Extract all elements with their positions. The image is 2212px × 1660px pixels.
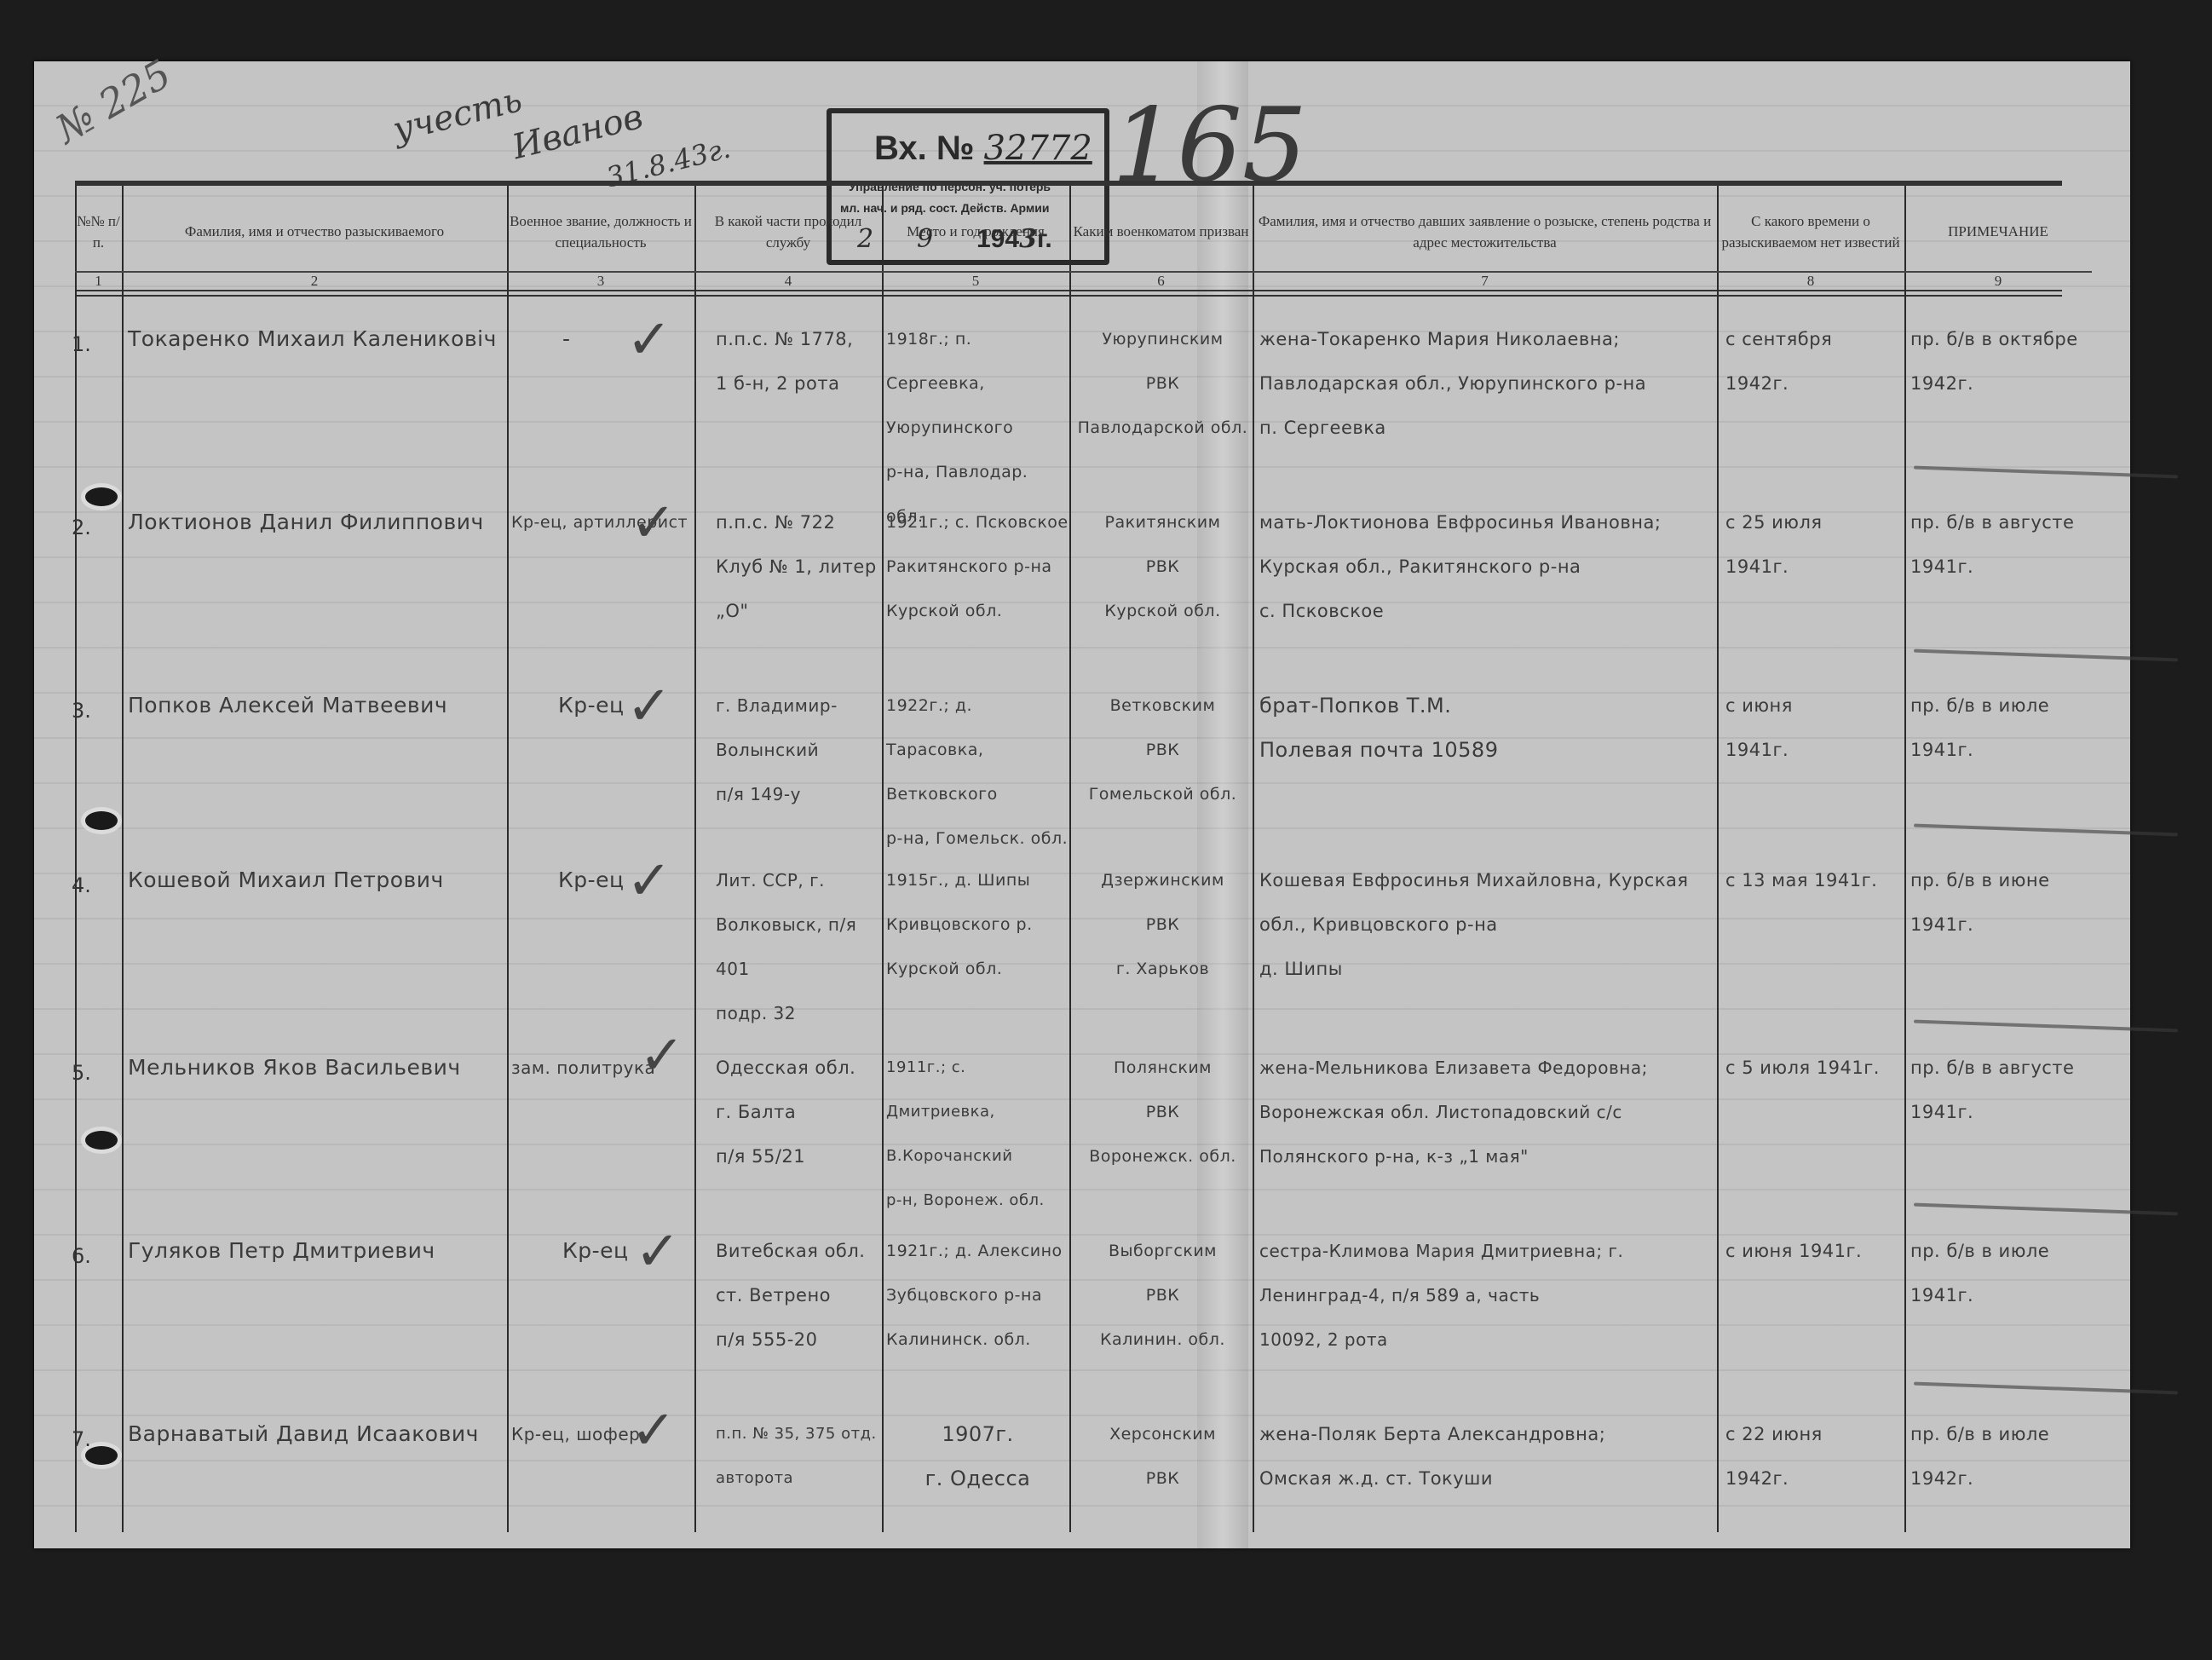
check-mark-icon: ✓ xyxy=(631,492,677,555)
separator-stroke xyxy=(1914,649,2178,662)
check-mark-icon: ✓ xyxy=(626,308,672,372)
cell-since: с 25 июля 1941г. xyxy=(1725,500,1900,589)
cell-applicant: жена-Токаренко Мария Николаевна; Павлода… xyxy=(1259,317,1715,450)
cell-applicant: мать-Локтионова Евфросинья Ивановна; Кур… xyxy=(1259,500,1715,633)
check-mark-icon: ✓ xyxy=(639,1024,685,1087)
column-number: 8 xyxy=(1717,271,1904,293)
cell-name: Токаренко Михаил Калениковіч xyxy=(128,317,503,361)
cell-unit: Витебская обл. ст. Ветрено п/я 555-20 xyxy=(716,1229,882,1362)
cell-name: Гуляков Петр Дмитриевич xyxy=(128,1229,503,1273)
row-number: 3. xyxy=(72,699,91,723)
separator-stroke xyxy=(1914,466,2178,479)
column-divider xyxy=(1069,186,1071,1532)
row-number: 4. xyxy=(72,873,91,897)
cell-since: с июня 1941г. xyxy=(1725,683,1900,772)
cell-birth: 1921г.; д. Алексино Зубцовского р-на Кал… xyxy=(886,1229,1069,1362)
header-col-7: Фамилия, имя и отчество давших заявление… xyxy=(1253,191,1717,273)
header-col-9: ПРИМЕЧАНИЕ xyxy=(1904,191,2092,273)
stamp-prefix: Вх. № xyxy=(874,130,974,167)
header-col-6: Каким военкоматом призван xyxy=(1069,191,1253,273)
row-number: 5. xyxy=(72,1061,91,1085)
cell-birth: 1922г.; д. Тарасовка, Ветковского р-на, … xyxy=(886,683,1069,861)
cell-rvk: Ракитянским РВК Курской обл. xyxy=(1075,500,1250,633)
cell-since: с июня 1941г. xyxy=(1725,1229,1900,1273)
cell-since: с сентября 1942г. xyxy=(1725,317,1900,406)
column-number: 4 xyxy=(694,271,882,293)
column-divider xyxy=(122,186,124,1532)
cell-note: пр. б/в в августе 1941г. xyxy=(1910,1046,2094,1134)
cell-applicant: сестра-Климова Мария Дмитриевна; г. Лени… xyxy=(1259,1229,1715,1362)
cell-rvk: Уюрупинским РВК Павлодарской обл. xyxy=(1075,317,1250,450)
cell-since: с 22 июня 1942г. xyxy=(1725,1412,1900,1501)
cell-name: Попков Алексей Матвеевич xyxy=(128,683,503,728)
annotation-number: № 225 xyxy=(48,50,178,153)
column-number: 7 xyxy=(1253,271,1717,293)
check-mark-icon: ✓ xyxy=(631,1399,677,1462)
cell-birth: 1911г.; с. Дмитриевка, В.Корочанский р-н… xyxy=(886,1046,1069,1223)
cell-birth: 1915г., д. Шипы Кривцовского р. Курской … xyxy=(886,858,1069,991)
cell-note: пр. б/в в августе 1941г. xyxy=(1910,500,2094,589)
check-mark-icon: ✓ xyxy=(635,1220,681,1283)
column-number: 9 xyxy=(1904,271,2092,293)
header-col-3: Военное звание, должность и специальност… xyxy=(507,191,694,273)
cell-birth: 1921г.; с. Псковское Ракитянского р-на К… xyxy=(886,500,1069,633)
punch-hole xyxy=(85,811,118,830)
row-number: 1. xyxy=(72,332,91,356)
column-divider xyxy=(507,186,509,1532)
cell-unit: Лит. ССР, г. Волковыск, п/я 401 подр. 32 xyxy=(716,858,882,1035)
row-number: 7. xyxy=(72,1427,91,1451)
stamp-number: 32772 xyxy=(984,129,1092,168)
cell-unit: п.п.с. № 722 Клуб № 1, литер „О" xyxy=(716,500,882,633)
column-number: 3 xyxy=(507,271,694,293)
cell-note: пр. б/в в июле 1941г. xyxy=(1910,683,2094,772)
column-divider xyxy=(1717,186,1719,1532)
cell-birth: 1907г. г. Одесса xyxy=(886,1412,1069,1501)
column-number: 5 xyxy=(882,271,1069,293)
header-col-5: Место и год рождения xyxy=(882,191,1069,273)
header-col-8: С какого времени о разыскиваемом нет изв… xyxy=(1717,191,1904,273)
separator-stroke xyxy=(1914,824,2178,837)
cell-since: с 5 июля 1941г. xyxy=(1725,1046,1900,1090)
column-divider xyxy=(882,186,884,1532)
cell-rvk: Полянским РВК Воронежск. обл. xyxy=(1075,1046,1250,1179)
table-top-rule xyxy=(75,181,2062,186)
page-number: 165 xyxy=(1112,87,1307,205)
cell-name: Кошевой Михаил Петрович xyxy=(128,858,503,902)
cell-rank: Кр-ец xyxy=(558,858,626,902)
column-divider xyxy=(1253,186,1254,1532)
cell-note: пр. б/в в июле 1941г. xyxy=(1910,1229,2094,1317)
column-divider xyxy=(1904,186,1906,1532)
document-sheet: № 225 учесть Иванов 31.8.43г. Вх. № 3277… xyxy=(34,61,2130,1548)
cell-rvk: Выборгским РВК Калинин. обл. xyxy=(1075,1229,1250,1362)
column-divider xyxy=(694,186,696,1532)
separator-stroke xyxy=(1914,1020,2178,1033)
cell-unit: г. Владимир-Волынский п/я 149-у xyxy=(716,683,882,816)
header-col-2: Фамилия, имя и отчество разыскиваемого xyxy=(122,191,507,273)
cell-note: пр. б/в в октябре 1942г. xyxy=(1910,317,2094,406)
check-mark-icon: ✓ xyxy=(626,850,672,913)
header-col-1: №№ п/п. xyxy=(75,191,122,273)
row-number: 6. xyxy=(72,1244,91,1268)
check-mark-icon: ✓ xyxy=(626,675,672,738)
separator-stroke xyxy=(1914,1382,2178,1395)
column-divider xyxy=(75,186,77,1532)
separator-stroke xyxy=(1914,1203,2178,1216)
cell-since: с 13 мая 1941г. xyxy=(1725,858,1900,902)
column-number: 6 xyxy=(1069,271,1253,293)
punch-hole xyxy=(85,487,118,506)
cell-unit: Одесская обл. г. Балта п/я 55/21 xyxy=(716,1046,882,1179)
cell-name: Локтионов Данил Филиппович xyxy=(128,500,503,545)
cell-rvk: Херсонским РВК xyxy=(1075,1412,1250,1501)
cell-rank: - xyxy=(562,317,613,361)
cell-name: Варнаватый Давид Исаакович xyxy=(128,1412,503,1456)
cell-name: Мельников Яков Васильевич xyxy=(128,1046,503,1090)
punch-hole xyxy=(85,1131,118,1150)
cell-note: пр. б/в в июне 1941г. xyxy=(1910,858,2094,947)
cell-unit: п.п.с. № 1778, 1 б-н, 2 рота xyxy=(716,317,882,406)
cell-applicant: жена-Мельникова Елизавета Федоровна; Вор… xyxy=(1259,1046,1715,1179)
cell-unit: п.п. № 35, 375 отд. авторота xyxy=(716,1412,882,1501)
column-number: 1 xyxy=(75,271,122,293)
cell-rank: Кр-ец xyxy=(562,1229,631,1273)
annotation-note: учесть xyxy=(389,80,526,150)
cell-applicant: Кошевая Евфросинья Михайловна, Курская о… xyxy=(1259,858,1715,991)
cell-rvk: Ветковским РВК Гомельской обл. xyxy=(1075,683,1250,816)
row-number: 2. xyxy=(72,516,91,539)
cell-rank: Кр-ец xyxy=(558,683,626,728)
column-number: 2 xyxy=(122,271,507,293)
header-col-4: В какой части проходил службу xyxy=(694,191,882,273)
cell-applicant: жена-Поляк Берта Александровна; Омская ж… xyxy=(1259,1412,1715,1501)
cell-applicant: брат-Попков Т.М. Полевая почта 10589 xyxy=(1259,683,1715,772)
cell-note: пр. б/в в июле 1942г. xyxy=(1910,1412,2094,1501)
cell-rvk: Дзержинским РВК г. Харьков xyxy=(1075,858,1250,991)
